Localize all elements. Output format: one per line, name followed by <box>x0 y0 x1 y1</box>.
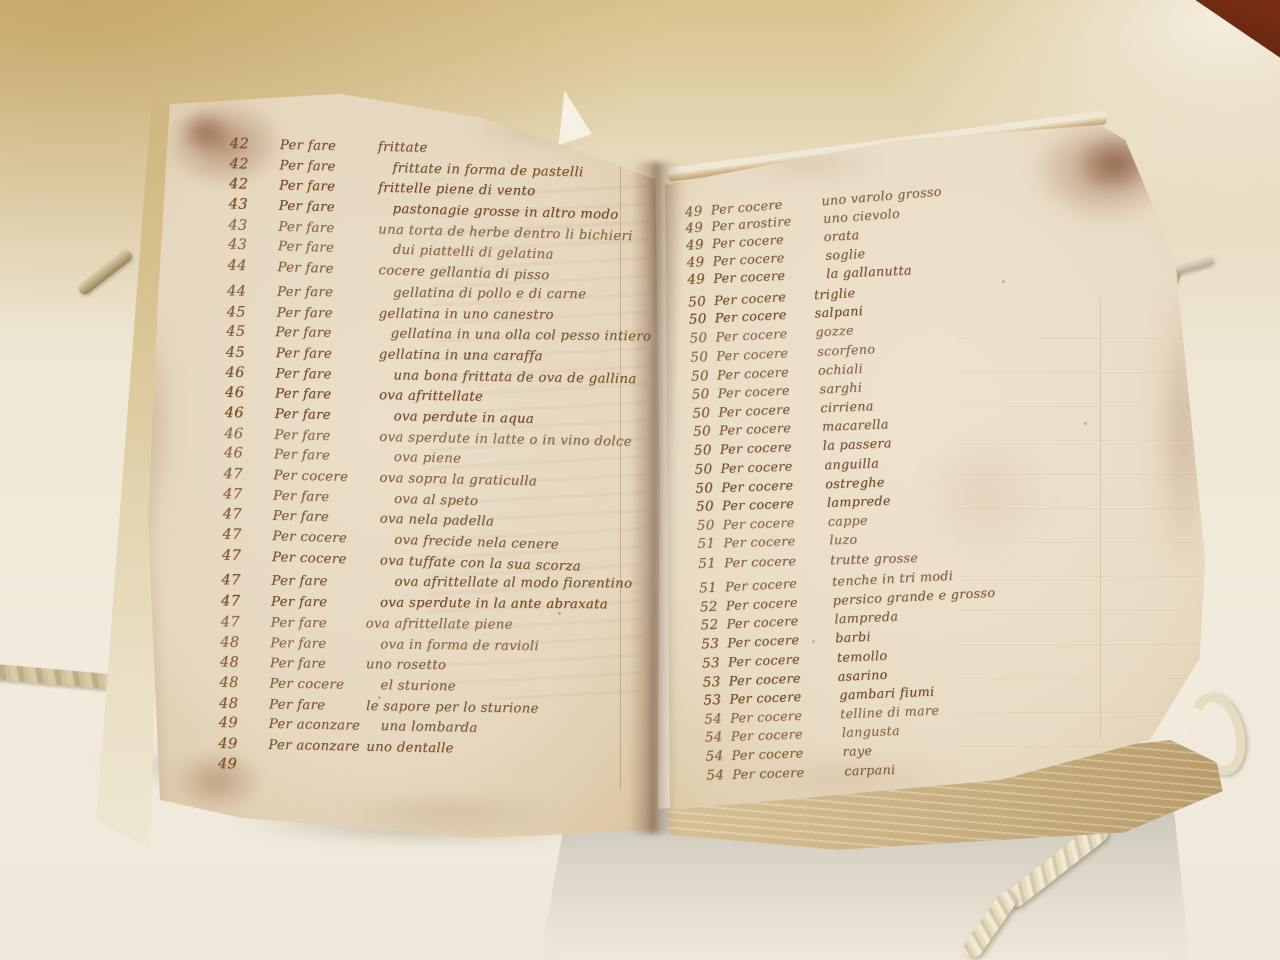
entry-dish: lampreda <box>834 609 898 627</box>
entry-verb: Per fare <box>275 366 370 382</box>
entry-dish: la passera <box>822 436 892 454</box>
folio-number: 46 <box>225 385 275 402</box>
entry-verb: Per fare <box>275 407 370 424</box>
right-page: 49Per cocereuno varolo grosso49Per arost… <box>660 118 1208 820</box>
folio-number: 50 <box>689 330 716 347</box>
binding-strap-top-left <box>76 248 134 297</box>
background-object-corner <box>1190 0 1280 60</box>
entry-dish: ova afrittellate <box>379 388 483 405</box>
folio-number: 49 <box>218 736 268 753</box>
entry-verb: Per cocere <box>725 574 826 594</box>
folio-number: 49 <box>218 756 268 773</box>
entry-verb: Per cocere <box>715 325 816 345</box>
folio-number: 50 <box>696 498 722 515</box>
left-page: 42Per farefrittate42Per farefrittate in … <box>146 90 663 838</box>
entry-verb: Per fare <box>270 636 365 652</box>
entry-dish: gellatina in una olla col pesso intiero <box>391 327 652 345</box>
entry-verb: Per cocere <box>721 476 821 494</box>
folio-number: 43 <box>228 237 278 255</box>
entry-verb: Per cocere <box>272 529 367 547</box>
entry-dish: ova sperdute in latte o in vino dolce <box>379 430 632 450</box>
entry-verb: Per cocere <box>726 612 827 632</box>
folio-number: 45 <box>227 304 277 320</box>
folio-number: 47 <box>222 547 272 565</box>
entry-dish: uno rosetto <box>366 657 446 673</box>
folio-number: 52 <box>700 616 727 633</box>
entry-dish: soglie <box>825 245 866 262</box>
entry-dish: uno dentalle <box>366 740 454 757</box>
entry-verb: Per fare <box>274 448 369 465</box>
entry-dish: luzo <box>829 532 857 548</box>
entry-dish: frittate in forma de pastelli <box>392 161 583 180</box>
folio-number: 52 <box>699 598 726 615</box>
folio-number: 50 <box>695 480 722 497</box>
entry-verb: Per fare <box>269 697 364 713</box>
entry-verb: Per cocere <box>730 707 831 726</box>
entry-dish: dui piattelli di gelatina <box>393 243 554 263</box>
folio-number: 50 <box>688 311 715 328</box>
entry-dish: gozze <box>815 323 854 340</box>
entry-verb: Per cocere <box>273 468 368 485</box>
entry-verb: Per cocere <box>723 514 823 532</box>
folio-number: 50 <box>693 423 720 440</box>
folio-number: 54 <box>706 767 732 784</box>
entry-verb: Per cocere <box>731 726 831 744</box>
entry-verb: Per cocere <box>732 763 832 781</box>
entry-dish: temollo <box>837 647 888 664</box>
folio-number: 49 <box>687 271 714 288</box>
manuscript-line: 44Per faregellatina di pollo e di carne <box>227 283 652 307</box>
folio-number: 50 <box>691 367 718 384</box>
entry-verb: Per cocere <box>720 457 820 475</box>
entry-dish: cocere gellantia di pisso <box>378 263 550 283</box>
entry-verb: Per fare <box>278 199 373 217</box>
folio-number: 44 <box>227 258 277 276</box>
entry-dish: gellatina di pollo e di carne <box>393 286 586 302</box>
entry-verb: Per fare <box>275 387 370 403</box>
folio-number: 54 <box>705 729 732 746</box>
entry-dish: scorfeno <box>817 341 876 359</box>
entry-verb: Per cocere <box>731 745 831 763</box>
entry-verb: Per cocere <box>714 287 815 308</box>
entry-verb: Per cocere <box>729 688 830 707</box>
binding-strap-bottom-left <box>0 664 120 690</box>
entry-verb: Per fare <box>279 179 374 196</box>
folio-number: 48 <box>219 695 269 712</box>
entry-dish: ova al speto <box>394 492 479 509</box>
entry-verb: Per fare <box>273 488 368 506</box>
entry-verb: Per fare <box>279 158 374 175</box>
entry-verb: Per fare <box>277 285 372 301</box>
folio-number: 42 <box>229 177 279 194</box>
folio-number: 47 <box>223 486 273 503</box>
folio-number: 43 <box>228 196 278 213</box>
manuscript-line: 47Per fareova sperdute in la ante abraxa… <box>221 593 646 617</box>
entry-dish: una bona frittata de ova de gallina <box>393 368 636 387</box>
folio-number: 47 <box>222 527 272 545</box>
entry-dish: ova afrittellate piene <box>366 616 513 632</box>
entry-verb: Per fare <box>277 260 372 278</box>
folio-number: 45 <box>226 324 275 341</box>
folio-number: 54 <box>704 711 731 728</box>
folio-number: 53 <box>701 636 728 653</box>
folio-number: 42 <box>230 136 280 153</box>
folio-number: 49 <box>686 237 713 255</box>
folio-number: 47 <box>221 593 271 609</box>
folio-number: 46 <box>224 445 274 462</box>
entry-dish: macarella <box>822 417 889 435</box>
entry-dish: ova sopra la graticulla <box>379 471 537 490</box>
table-surface: 42Per farefrittate42Per farefrittate in … <box>0 0 1280 960</box>
entry-dish: triglie <box>814 285 856 302</box>
entry-dish: asarino <box>837 666 888 683</box>
folio-number: 47 <box>223 466 273 483</box>
entry-verb: Per fare <box>278 219 373 237</box>
entry-dish: una lombarda <box>381 719 478 736</box>
folio-number: 50 <box>694 461 721 478</box>
entry-dish: cirriena <box>820 398 874 415</box>
folio-number: 49 <box>685 219 712 237</box>
entry-dish: frittelle piene di vento <box>378 181 536 200</box>
entry-dish: sarghi <box>819 379 862 396</box>
manuscript-text-left: 42Per farefrittate42Per farefrittate in … <box>218 136 655 785</box>
folio-number: 53 <box>702 654 729 671</box>
entry-dish: anguilla <box>824 455 879 472</box>
entry-verb: Per fare <box>271 616 366 632</box>
entry-dish: ova nela padella <box>379 512 494 530</box>
entry-verb: Per cocere <box>717 381 818 400</box>
entry-verb: Per cocere <box>722 495 822 513</box>
folio-number: 46 <box>225 405 275 422</box>
entry-verb: Per fare <box>271 595 366 611</box>
manuscript-text-right: 49Per cocereuno varolo grosso49Per arost… <box>684 175 1196 788</box>
entry-verb: Per fare <box>280 138 375 155</box>
entry-dish: langusta <box>842 723 901 740</box>
entry-verb: Per cocere <box>719 419 820 438</box>
folio-number: 54 <box>705 748 732 765</box>
entry-verb: Per fare <box>278 240 373 258</box>
entry-dish: barbi <box>835 629 871 646</box>
folio-number: 47 <box>223 507 273 524</box>
entry-dish: la gallanutta <box>826 262 912 281</box>
entry-verb: Per aconzare <box>269 717 364 734</box>
folio-number: 47 <box>221 573 271 589</box>
entry-verb: Per cocere <box>723 533 823 551</box>
folio-number: 47 <box>221 614 271 630</box>
folio-number: 42 <box>229 156 279 173</box>
folio-number: 53 <box>702 673 729 690</box>
folio-number: 48 <box>220 634 270 651</box>
entry-dish: ochiali <box>818 361 864 378</box>
entry-verb: Per cocere <box>720 438 821 457</box>
entry-verb: Per fare <box>276 346 371 362</box>
entry-dish: raye <box>842 743 872 759</box>
entry-dish: pastonagie grosse in altro modo <box>392 202 618 223</box>
entry-verb <box>268 769 363 771</box>
entry-dish: trutte grosse <box>830 550 918 567</box>
entry-verb: Per fare <box>273 509 368 527</box>
entry-dish: ova sperdute in la ante abraxata <box>380 596 608 613</box>
entry-dish: ostreghe <box>825 474 885 491</box>
folio-number: 49 <box>219 715 269 732</box>
entry-dish: frittate <box>378 140 428 156</box>
entry-verb: Per cocere <box>272 550 367 568</box>
entry-dish: ova piene <box>394 450 462 467</box>
folio-number: 45 <box>226 344 276 361</box>
entry-verb: Per cocere <box>713 266 814 285</box>
entry-verb: Per cocere <box>728 669 829 688</box>
entry-verb: Per fare <box>270 656 365 672</box>
folio-number: 46 <box>225 364 275 381</box>
folio-number: 50 <box>691 386 718 403</box>
entry-verb: Per aconzare <box>268 738 363 755</box>
folio-number: 46 <box>224 426 274 443</box>
folio-number: 51 <box>699 579 726 596</box>
entry-dish: el sturione <box>380 678 456 694</box>
entry-dish: gambari fiumi <box>839 684 935 703</box>
folio-number: 51 <box>698 555 724 572</box>
folio-number: 50 <box>692 405 719 422</box>
folio-number: 50 <box>688 293 715 310</box>
folio-number: 53 <box>703 692 730 709</box>
entry-dish: carpani <box>844 762 896 779</box>
entry-dish: ova perdute in aqua <box>393 409 534 427</box>
entry-dish: ova afrittellate al modo fiorentino <box>394 575 632 592</box>
folio-number: 49 <box>684 202 711 220</box>
entry-verb: Per cocere <box>727 631 828 651</box>
folio-number: 43 <box>228 217 278 234</box>
entry-dish: gellatina in una caraffa <box>379 347 543 364</box>
entry-verb: Per fare <box>271 574 366 590</box>
entry-dish: le sapore per lo sturione <box>366 699 539 717</box>
entry-verb: Per cocere <box>269 676 364 692</box>
folio-number: 50 <box>690 348 717 365</box>
entry-dish: salpani <box>814 303 863 320</box>
entry-verb: Per fare <box>275 325 368 341</box>
entry-dish: ova in forma de ravioli <box>380 637 539 654</box>
entry-verb: Per fare <box>277 305 372 321</box>
folio-number: 48 <box>220 655 270 672</box>
entry-dish: ova frecide nela cenere <box>394 533 559 553</box>
entry-dish: cappe <box>827 513 868 529</box>
entry-verb: Per cocere <box>724 552 824 570</box>
folio-number: 48 <box>219 675 269 692</box>
entry-verb: Per cocere <box>718 401 819 420</box>
entry-dish: lamprede <box>827 493 891 510</box>
entry-dish: telline di mare <box>840 703 940 722</box>
folio-number: 49 <box>686 253 713 270</box>
entry-dish: gellatina in uno canestro <box>379 306 554 322</box>
folio-number: 50 <box>694 442 721 459</box>
folio-number: 44 <box>227 283 277 299</box>
folio-number: 51 <box>697 536 723 553</box>
entry-dish: orata <box>823 227 860 244</box>
loose-leaf-corner <box>545 88 592 146</box>
entry-verb: Per fare <box>274 428 369 445</box>
folio-number: 50 <box>697 517 723 534</box>
